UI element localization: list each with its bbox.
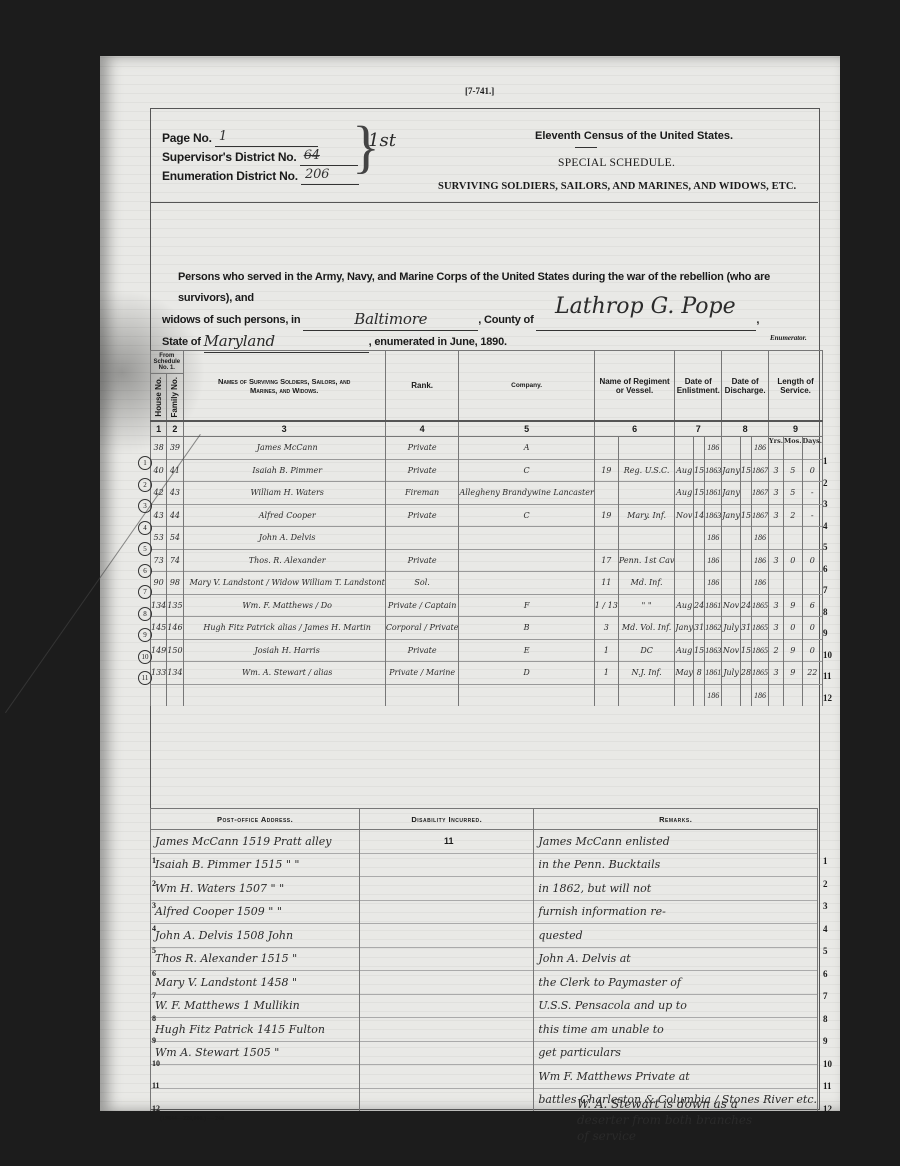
col-num: 6 — [594, 421, 675, 437]
company-cell — [459, 527, 594, 550]
enlist-day-cell: 31 — [694, 617, 705, 640]
house-no-cell: 134 — [151, 594, 167, 617]
line-number-circled: 9 — [138, 628, 152, 642]
lower-line-number: 5 — [823, 946, 828, 956]
line-number-circled: 11 — [138, 671, 152, 685]
discharge-day-cell — [740, 549, 751, 572]
service-yrs-cell: 3 — [769, 594, 784, 617]
lower-line-number: 3 — [823, 901, 828, 911]
line-number-circled: 6 — [138, 564, 152, 578]
enlistment-header: Date of Enlistment. — [675, 351, 722, 422]
table-row: 3839James McCannPrivateA186186Yrs.Mos.Da… — [151, 437, 823, 460]
disability-cell — [360, 1088, 534, 1111]
remarks-cell: in the Penn. Bucktails — [534, 853, 818, 877]
service-days-cell: - — [802, 482, 823, 505]
lower-line-number-left: 8 — [152, 1014, 156, 1023]
col-num: 2 — [167, 421, 183, 437]
enlist-month-cell: Jany — [675, 617, 694, 640]
family-no-cell: 43 — [167, 482, 183, 505]
lower-line-number-left: 6 — [152, 969, 156, 978]
post-office-cell: Hugh Fitz Patrick 1415 Fulton — [151, 1018, 360, 1042]
discharge-month-cell: Nov — [722, 594, 741, 617]
name-cell: Mary V. Landstont / Widow William T. Lan… — [183, 572, 385, 595]
name-cell: John A. Delvis — [183, 527, 385, 550]
enumeration-label: Enumeration District No. — [162, 167, 298, 185]
regiment-cell — [618, 527, 675, 550]
county-value — [536, 330, 756, 331]
post-office-cell: Wm A. Stewart 1505 " — [151, 1041, 360, 1065]
line-number: 9 — [823, 628, 828, 638]
house-no-cell: 73 — [151, 549, 167, 572]
line-number: 1 — [823, 456, 828, 466]
discharge-month-cell: Jany — [722, 504, 741, 527]
form-code: [7-741.] — [465, 86, 494, 96]
census-page: [7-741.] Page No. 1 Supervisor's Distric… — [100, 56, 840, 1111]
company-cell: E — [459, 639, 594, 662]
remarks-cell: the Clerk to Paymaster of — [534, 971, 818, 995]
enlist-year-cell: 1863 — [705, 459, 722, 482]
enlist-month-cell — [675, 684, 694, 706]
table-row: 5354John A. Delvis186186 — [151, 527, 823, 550]
house-no-header: House No. — [154, 377, 163, 417]
line-number-circled: 1 — [138, 456, 152, 470]
discharge-day-cell: 31 — [740, 617, 751, 640]
enlist-month-cell — [675, 572, 694, 595]
line-number-circled: 8 — [138, 607, 152, 621]
regiment-no-cell — [594, 527, 618, 550]
enlist-year-cell: 1862 — [705, 617, 722, 640]
service-days-cell — [802, 527, 823, 550]
discharge-day-cell — [740, 572, 751, 595]
regiment-no-cell: 1 / 13 — [594, 594, 618, 617]
lower-row: John A. Delvis 1508 Johnquested — [151, 924, 818, 948]
lower-line-number-left: 11 — [152, 1081, 160, 1090]
family-no-header: Family No. — [170, 377, 179, 417]
disability-cell — [360, 971, 534, 995]
line-number: 5 — [823, 542, 828, 552]
county-label: , County of — [478, 314, 533, 326]
enlist-year-cell: 186 — [705, 572, 722, 595]
service-days-cell — [802, 572, 823, 595]
line-number: 2 — [823, 478, 828, 488]
enlist-year-cell: 186 — [705, 684, 722, 706]
lower-row: W. F. Matthews 1 MullikinU.S.S. Pensacol… — [151, 994, 818, 1018]
family-no-cell — [167, 684, 183, 706]
regiment-no-cell — [594, 437, 618, 460]
line-number-circled: 7 — [138, 585, 152, 599]
service-yrs-cell: 3 — [769, 549, 784, 572]
rank-cell: Private — [385, 639, 459, 662]
table-row: 133134Wm. A. Stewart / aliasPrivate / Ma… — [151, 662, 823, 685]
company-cell: A — [459, 437, 594, 460]
discharge-day-cell: 15 — [740, 504, 751, 527]
line-number: 12 — [823, 693, 832, 703]
lower-line-number: 8 — [823, 1014, 828, 1024]
rank-cell: Sol. — [385, 572, 459, 595]
discharge-year-cell: 1867 — [752, 482, 769, 505]
name-cell: Thos. R. Alexander — [183, 549, 385, 572]
discharge-year-cell: 1867 — [752, 459, 769, 482]
discharge-month-cell — [722, 572, 741, 595]
enlist-day-cell: 14 — [694, 504, 705, 527]
regiment-cell: DC — [618, 639, 675, 662]
remarks-cell: get particulars — [534, 1041, 818, 1065]
table-row: 4243William H. WatersFiremanAllegheny Br… — [151, 482, 823, 505]
company-cell — [459, 549, 594, 572]
service-mos-cell: 5 — [784, 482, 802, 505]
rank-cell: Private / Captain — [385, 594, 459, 617]
service-yrs-cell — [769, 572, 784, 595]
company-cell: C — [459, 504, 594, 527]
line-number: 11 — [823, 671, 832, 681]
col-num: 3 — [183, 421, 385, 437]
rank-cell: Private — [385, 504, 459, 527]
discharge-day-cell: 24 — [740, 594, 751, 617]
name-cell — [183, 684, 385, 706]
line-number: 10 — [823, 650, 832, 660]
lower-row: James McCann 1519 Pratt alley11James McC… — [151, 830, 818, 854]
service-yrs-cell: 3 — [769, 459, 784, 482]
col-num: 8 — [722, 421, 769, 437]
discharge-year-cell: 1867 — [752, 504, 769, 527]
service-mos-cell: 9 — [784, 594, 802, 617]
lower-row: Isaiah B. Pimmer 1515 " "in the Penn. Bu… — [151, 853, 818, 877]
regiment-no-cell: 1 — [594, 662, 618, 685]
name-cell: James McCann — [183, 437, 385, 460]
lower-line-number-left: 1 — [152, 856, 156, 865]
rank-header: Rank. — [385, 351, 459, 422]
post-office-cell: Alfred Cooper 1509 " " — [151, 900, 360, 924]
regiment-no-cell: 19 — [594, 504, 618, 527]
enumerator-signature: Lathrop G. Pope — [555, 294, 736, 319]
service-days-cell: 0 — [802, 617, 823, 640]
discharge-header: Date of Discharge. — [722, 351, 769, 422]
regiment-cell: Mary. Inf. — [618, 504, 675, 527]
name-cell: Josiah H. Harris — [183, 639, 385, 662]
service-days-cell: 0 — [802, 549, 823, 572]
regiment-no-cell: 1 — [594, 639, 618, 662]
disability-cell — [360, 853, 534, 877]
company-cell — [459, 684, 594, 706]
company-cell: B — [459, 617, 594, 640]
service-mos-cell: 9 — [784, 639, 802, 662]
service-mos-cell: Mos. — [784, 437, 802, 460]
discharge-month-cell: July — [722, 617, 741, 640]
line-number-circled: 3 — [138, 499, 152, 513]
lower-line-number-left: 10 — [152, 1059, 160, 1068]
house-no-cell: 38 — [151, 437, 167, 460]
regiment-cell: Md. Inf. — [618, 572, 675, 595]
disability-cell — [360, 947, 534, 971]
service-yrs-cell: 3 — [769, 504, 784, 527]
lower-line-number: 2 — [823, 879, 828, 889]
remarks-cell: this time am unable to — [534, 1018, 818, 1042]
remarks-cell: James McCann enlisted — [534, 830, 818, 854]
disability-cell — [360, 994, 534, 1018]
lower-line-number-left: 2 — [152, 879, 156, 888]
disability-cell — [360, 1018, 534, 1042]
lower-line-number: 4 — [823, 924, 828, 934]
enlist-year-cell: 186 — [705, 549, 722, 572]
house-no-cell: 43 — [151, 504, 167, 527]
service-mos-cell — [784, 684, 802, 706]
family-no-cell: 39 — [167, 437, 183, 460]
house-no-cell: 133 — [151, 662, 167, 685]
enlist-year-cell: 1861 — [705, 594, 722, 617]
name-cell: Hugh Fitz Patrick alias / James H. Marti… — [183, 617, 385, 640]
service-mos-cell: 0 — [784, 549, 802, 572]
service-mos-cell: 2 — [784, 504, 802, 527]
overflow-remark-line: deserter from both branches — [577, 1112, 752, 1128]
rank-cell: Private — [385, 437, 459, 460]
enlist-year-cell: 1863 — [705, 639, 722, 662]
family-no-cell: 146 — [167, 617, 183, 640]
disability-cell — [360, 1065, 534, 1089]
family-no-cell: 150 — [167, 639, 183, 662]
service-yrs-cell: 3 — [769, 482, 784, 505]
table-row: 4041Isaiah B. PimmerPrivateC19Reg. U.S.C… — [151, 459, 823, 482]
enlist-day-cell — [694, 527, 705, 550]
lower-line-number: 12 — [823, 1104, 832, 1114]
from-schedule-label: From Schedule No. 1. — [151, 351, 183, 374]
service-days-cell: 22 — [802, 662, 823, 685]
discharge-year-cell: 186 — [752, 572, 769, 595]
remarks-cell: in 1862, but will not — [534, 877, 818, 901]
lower-row: Mary V. Landstont 1458 "the Clerk to Pay… — [151, 971, 818, 995]
page-no-label: Page No. — [162, 129, 212, 147]
lower-row: Wm F. Matthews Private at — [151, 1065, 818, 1089]
enlist-day-cell — [694, 684, 705, 706]
service-days-cell: 6 — [802, 594, 823, 617]
enlist-day-cell: 15 — [694, 459, 705, 482]
lower-line-number: 10 — [823, 1059, 832, 1069]
family-no-cell: 54 — [167, 527, 183, 550]
discharge-year-cell: 186 — [752, 527, 769, 550]
discharge-month-cell — [722, 549, 741, 572]
service-yrs-cell — [769, 684, 784, 706]
title-rule — [575, 147, 597, 148]
house-no-cell: 40 — [151, 459, 167, 482]
line-number-circled: 10 — [138, 650, 152, 664]
service-days-cell — [802, 684, 823, 706]
divider — [150, 202, 818, 203]
lower-line-number-left: 4 — [152, 924, 156, 933]
company-cell: Allegheny Brandywine Lancaster — [459, 482, 594, 505]
remarks-cell: quested — [534, 924, 818, 948]
page-no-value: 1 — [215, 128, 318, 147]
lower-row: Wm H. Waters 1507 " "in 1862, but will n… — [151, 877, 818, 901]
line-number-circled: 2 — [138, 478, 152, 492]
discharge-year-cell: 186 — [752, 684, 769, 706]
enlist-day-cell: 15 — [694, 482, 705, 505]
footer-code: (19644—220,000.) — 240 — [160, 1116, 224, 1122]
lower-row: Alfred Cooper 1509 " "furnish informatio… — [151, 900, 818, 924]
post-office-cell: W. F. Matthews 1 Mullikin — [151, 994, 360, 1018]
remarks-cell: John A. Delvis at — [534, 947, 818, 971]
enlist-month-cell: Aug — [675, 459, 694, 482]
service-yrs-cell: Yrs. — [769, 437, 784, 460]
house-no-cell: 149 — [151, 639, 167, 662]
discharge-year-cell: 1865 — [752, 594, 769, 617]
enlist-year-cell: 1863 — [705, 504, 722, 527]
enlist-day-cell — [694, 549, 705, 572]
enlist-day-cell: 15 — [694, 639, 705, 662]
discharge-year-cell: 186 — [752, 549, 769, 572]
table-row: 145146Hugh Fitz Patrick alias / James H.… — [151, 617, 823, 640]
disability-cell — [360, 900, 534, 924]
service-days-cell: 0 — [802, 459, 823, 482]
disability-cell — [360, 877, 534, 901]
service-mos-cell — [784, 572, 802, 595]
names-header: Names of Surviving Soldiers, Sailors, an… — [183, 351, 385, 422]
state-prefix: State of — [162, 336, 201, 348]
city-value: Baltimore — [303, 309, 478, 331]
enlist-month-cell — [675, 437, 694, 460]
discharge-day-cell — [740, 437, 751, 460]
regiment-cell — [618, 437, 675, 460]
service-mos-cell — [784, 527, 802, 550]
family-no-cell: 135 — [167, 594, 183, 617]
discharge-month-cell: Nov — [722, 639, 741, 662]
name-cell: Alfred Cooper — [183, 504, 385, 527]
enlist-day-cell: 8 — [694, 662, 705, 685]
supervisor-label: Supervisor's District No. — [162, 148, 297, 166]
regiment-cell: Reg. U.S.C. — [618, 459, 675, 482]
regiment-cell — [618, 684, 675, 706]
table-row: 186186 — [151, 684, 823, 706]
enlist-month-cell: Nov — [675, 504, 694, 527]
enlist-year-cell: 1861 — [705, 482, 722, 505]
widows-prefix: widows of such persons, in — [162, 314, 300, 326]
lower-line-number-left: 12 — [152, 1104, 160, 1113]
enlist-month-cell: Aug — [675, 594, 694, 617]
overflow-remarks: W. A. Stewart is down as adeserter from … — [577, 1096, 752, 1144]
discharge-month-cell: July — [722, 662, 741, 685]
family-no-cell: 134 — [167, 662, 183, 685]
header-fields: Page No. 1 Supervisor's District No. 64 … — [162, 128, 359, 185]
lower-line-number-left: 5 — [152, 946, 156, 955]
lower-row: Wm A. Stewart 1505 "get particulars — [151, 1041, 818, 1065]
discharge-year-cell: 186 — [752, 437, 769, 460]
enlist-day-cell — [694, 437, 705, 460]
company-header: Company. — [459, 351, 594, 422]
col-num: 5 — [459, 421, 594, 437]
house-no-cell: 145 — [151, 617, 167, 640]
regiment-no-cell: 3 — [594, 617, 618, 640]
rank-cell: Private — [385, 549, 459, 572]
disability-cell — [360, 1041, 534, 1065]
rank-cell — [385, 684, 459, 706]
lower-line-number: 1 — [823, 856, 828, 866]
family-no-cell: 98 — [167, 572, 183, 595]
company-cell: C — [459, 459, 594, 482]
col-num: 7 — [675, 421, 722, 437]
soldiers-table: From Schedule No. 1. House No. Family No… — [150, 350, 823, 706]
table-row: 134135Wm. F. Matthews / DoPrivate / Capt… — [151, 594, 823, 617]
col-num: 4 — [385, 421, 459, 437]
rank-cell — [385, 527, 459, 550]
discharge-year-cell: 1865 — [752, 662, 769, 685]
discharge-day-cell: 15 — [740, 459, 751, 482]
remarks-cell: U.S.S. Pensacola and up to — [534, 994, 818, 1018]
enlist-year-cell: 186 — [705, 437, 722, 460]
col-num: 9 — [769, 421, 823, 437]
enlist-day-cell — [694, 572, 705, 595]
service-yrs-cell — [769, 527, 784, 550]
header-row: From Schedule No. 1. House No. Family No… — [151, 351, 823, 422]
disability-cell — [360, 924, 534, 948]
post-office-cell: Wm H. Waters 1507 " " — [151, 877, 360, 901]
table-row: 9098Mary V. Landstont / Widow William T.… — [151, 572, 823, 595]
regiment-no-cell: 19 — [594, 459, 618, 482]
remarks-cell: Wm F. Matthews Private at — [534, 1065, 818, 1089]
margin-scribble: 1st — [368, 130, 396, 151]
column-number-row: 1 2 3 4 5 6 7 8 9 — [151, 421, 823, 437]
post-office-header: Post-office Address. — [151, 809, 360, 830]
service-mos-cell: 0 — [784, 617, 802, 640]
enlist-month-cell: May — [675, 662, 694, 685]
lower-line-number: 7 — [823, 991, 828, 1001]
regiment-cell: " " — [618, 594, 675, 617]
service-days-cell: 0 — [802, 639, 823, 662]
lower-line-number-left: 9 — [152, 1036, 156, 1045]
company-cell: D — [459, 662, 594, 685]
name-cell: Wm. A. Stewart / alias — [183, 662, 385, 685]
regiment-no-cell: 11 — [594, 572, 618, 595]
schedule-title: SPECIAL SCHEDULE. — [558, 157, 675, 169]
house-no-cell: 53 — [151, 527, 167, 550]
overflow-remark-line: W. A. Stewart is down as a — [577, 1096, 752, 1112]
service-days-cell: Days. — [802, 437, 823, 460]
discharge-day-cell — [740, 527, 751, 550]
enlist-month-cell — [675, 549, 694, 572]
discharge-year-cell: 1865 — [752, 639, 769, 662]
address-remarks-table: Post-office Address. Disability Incurred… — [150, 808, 818, 1111]
enlist-year-cell: 186 — [705, 527, 722, 550]
table-row: 4344Alfred CooperPrivateC19Mary. Inf.Nov… — [151, 504, 823, 527]
remarks-cell: furnish information re- — [534, 900, 818, 924]
disability-cell: 11 — [360, 830, 534, 854]
company-cell — [459, 572, 594, 595]
enlist-month-cell: Aug — [675, 482, 694, 505]
name-cell: William H. Waters — [183, 482, 385, 505]
rank-cell: Corporal / Private — [385, 617, 459, 640]
post-office-cell — [151, 1088, 360, 1111]
enlist-year-cell: 1861 — [705, 662, 722, 685]
post-office-cell: John A. Delvis 1508 John — [151, 924, 360, 948]
post-office-cell — [151, 1065, 360, 1089]
col-num: 1 — [151, 421, 167, 437]
house-no-cell — [151, 684, 167, 706]
line-number: 8 — [823, 607, 828, 617]
service-mos-cell: 5 — [784, 459, 802, 482]
regiment-no-cell: 17 — [594, 549, 618, 572]
disability-header: Disability Incurred. — [360, 809, 534, 830]
family-no-cell: 74 — [167, 549, 183, 572]
name-cell: Wm. F. Matthews / Do — [183, 594, 385, 617]
rank-cell: Private / Marine — [385, 662, 459, 685]
discharge-month-cell: Jany — [722, 459, 741, 482]
line-number: 4 — [823, 521, 828, 531]
enlist-day-cell: 24 — [694, 594, 705, 617]
service-days-cell: - — [802, 504, 823, 527]
overflow-remark-line: of service — [577, 1128, 752, 1144]
line-number: 7 — [823, 585, 828, 595]
discharge-month-cell — [722, 527, 741, 550]
regiment-no-cell — [594, 482, 618, 505]
remarks-header: Remarks. — [534, 809, 818, 830]
lower-header-row: Post-office Address. Disability Incurred… — [151, 809, 818, 830]
